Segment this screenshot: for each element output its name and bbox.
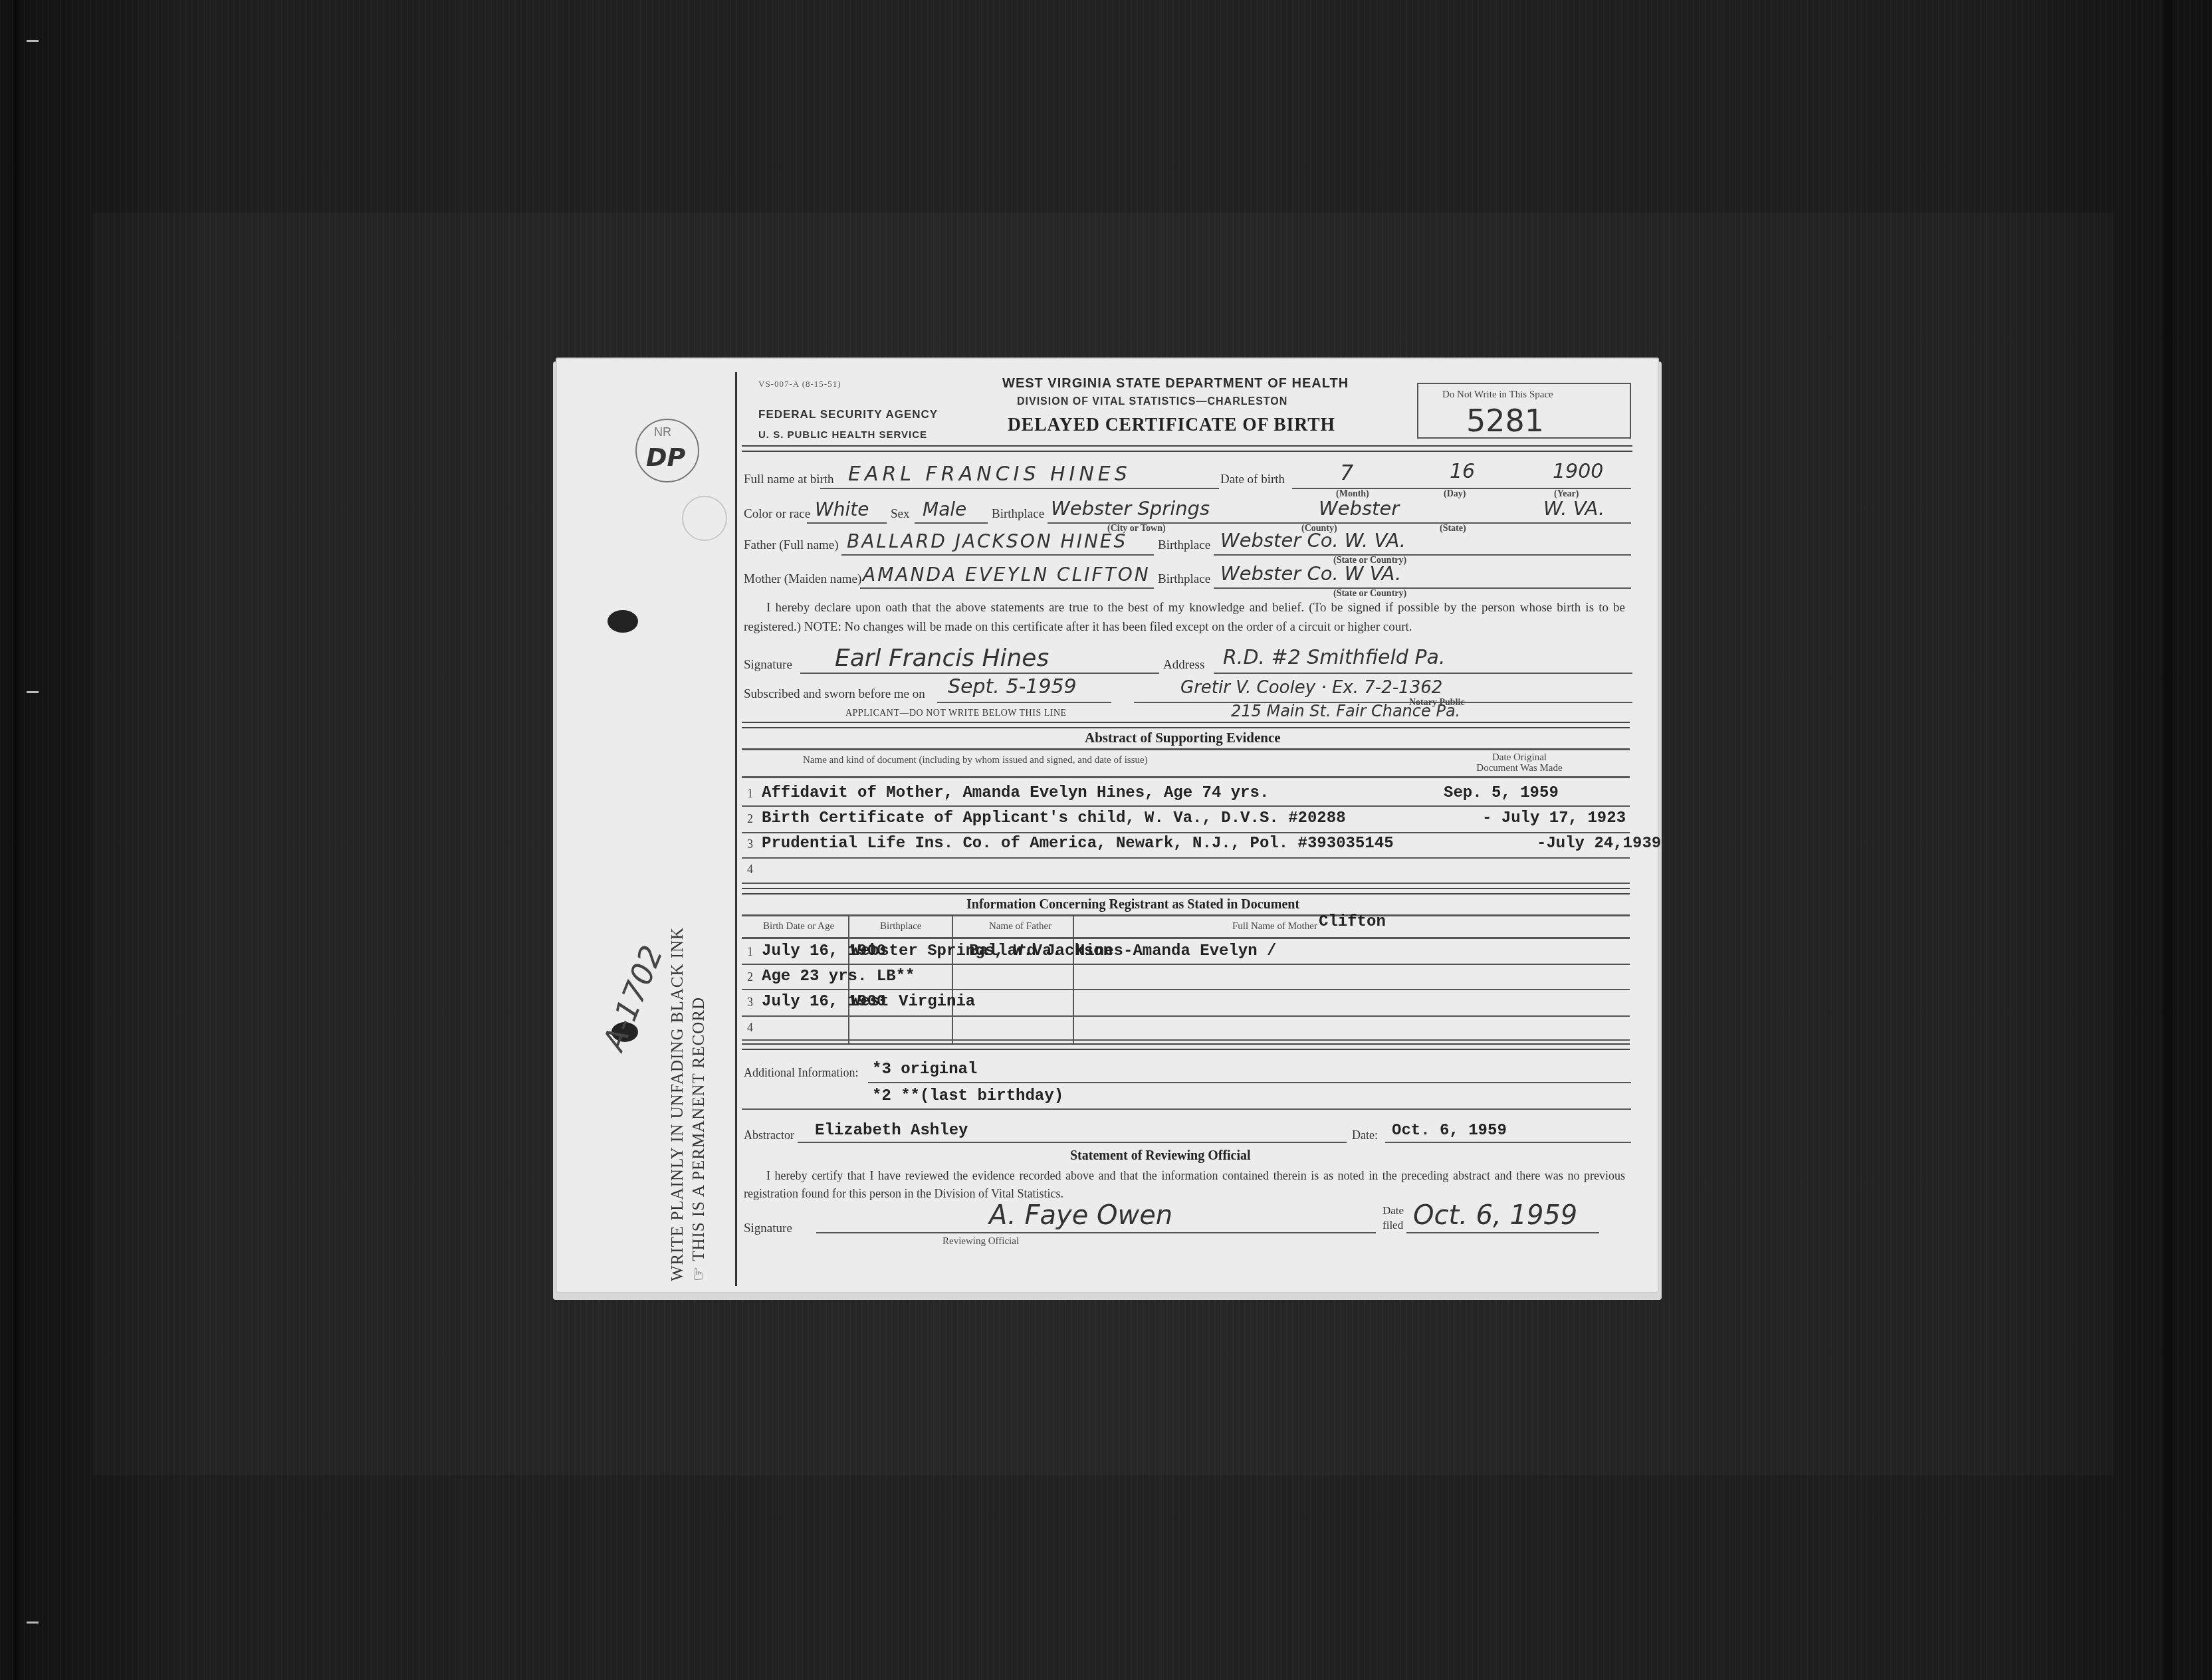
review-text: I hereby certify that I have reviewed th… (744, 1167, 1625, 1203)
applicant-warning: APPLICANT—DO NOT WRITE BELOW THIS LINE (845, 708, 1067, 719)
abstract-date: Oct. 6, 1959 (1392, 1122, 1507, 1140)
abstract-row-line (742, 857, 1630, 859)
certificate-page: NR DP A-1702 WRITE PLAINLY IN UNFADING B… (556, 358, 1659, 1293)
date-filed-label-1: Date (1382, 1204, 1404, 1217)
full-name-label: Full name at birth (744, 472, 834, 487)
abstract-col-document: Name and kind of document (including by … (803, 755, 1148, 766)
birthplace-county: Webster (1319, 497, 1399, 520)
agency-service: U. S. PUBLIC HEALTH SERVICE (758, 429, 927, 441)
additional-info-line1: *3 original (872, 1061, 977, 1079)
race-line (807, 522, 887, 524)
stamp-small-text: NR (654, 425, 671, 439)
review-signature-label: Signature (744, 1221, 792, 1236)
abstract-date-line (1385, 1142, 1631, 1143)
film-tick (27, 1622, 39, 1624)
reviewer-signature: A. Faye Owen (989, 1200, 1172, 1231)
review-title: Statement of Reviewing Official (1070, 1148, 1251, 1164)
oath-text: I hereby declare upon oath that the abov… (744, 598, 1625, 637)
dob-day: 16 (1450, 460, 1475, 483)
document-title: DELAYED CERTIFICATE OF BIRTH (1008, 413, 1335, 436)
sex-label: Sex (891, 507, 910, 522)
registrant-row-line (742, 964, 1630, 965)
registrant-row-birthplace: West Virginia (851, 993, 975, 1011)
abstract-row-number: 2 (747, 812, 753, 826)
registrant-row-birth: Age 23 yrs. LB** (762, 968, 915, 986)
day-caption: (Day) (1444, 489, 1466, 500)
abstract-header-line (742, 776, 1630, 778)
col-birthplace: Birthplace (880, 921, 921, 932)
registrant-row-line (742, 989, 1630, 990)
sex-line (915, 522, 988, 524)
abstract-row-line (742, 832, 1630, 833)
registrant-info-title: Information Concerning Registrant as Sta… (966, 897, 1299, 912)
sworn-label: Subscribed and sworn before me on (744, 687, 925, 702)
father-label: Father (Full name) (744, 538, 838, 553)
stamp-initials: DP (646, 443, 685, 472)
mother-name-value: AMANDA EVEYLN CLIFTON (863, 564, 1151, 585)
margin-rule (735, 372, 737, 1286)
abstract-row-document: Prudential Life Ins. Co. of America, New… (762, 835, 1394, 853)
mother-birthplace-value: Webster Co. W VA. (1220, 562, 1401, 585)
punch-hole-top (608, 610, 638, 633)
registrant-row-number: 4 (747, 1021, 753, 1035)
sworn-date: Sept. 5-1959 (948, 675, 1077, 698)
margin-instruction-line1: WRITE PLAINLY IN UNFADING BLACK INK (667, 927, 689, 1281)
abstract-date-label: Date: (1352, 1128, 1378, 1142)
sworn-date-line (937, 702, 1111, 703)
dob-month: 7 (1340, 460, 1353, 485)
additional-info-label: Additional Information: (744, 1066, 858, 1080)
mother-line (860, 587, 1154, 589)
registrant-row-line (742, 1015, 1630, 1017)
registrant-row-number: 3 (747, 996, 753, 1009)
abstract-row-number: 4 (747, 863, 753, 877)
abstract-row-document: Birth Certificate of Applicant's child, … (762, 809, 1346, 827)
additional-info-line-2 (742, 1108, 1631, 1110)
state-caption: (State) (1440, 524, 1466, 534)
abstract-col-date: Date Original Document Was Made (1473, 752, 1566, 774)
faint-stamp (682, 496, 727, 541)
reviewer-caption: Reviewing Official (942, 1236, 1019, 1247)
registrant-end-divider (742, 1043, 1630, 1050)
sex-value: Male (923, 498, 966, 520)
margin-instruction-line2: ☞ THIS IS A PERMANENT RECORD (689, 927, 710, 1281)
department-name: WEST VIRGINIA STATE DEPARTMENT OF HEALTH (1002, 376, 1349, 391)
birthplace-state: W. VA. (1543, 497, 1604, 520)
father-line (841, 554, 1154, 556)
race-value: White (815, 498, 869, 520)
col-mother: Full Name of Mother (1232, 921, 1317, 932)
birthplace-city: Webster Springs (1051, 497, 1210, 520)
mother-label: Mother (Maiden name) (744, 572, 861, 587)
abstractor-line (798, 1142, 1347, 1143)
abstract-row-number: 3 (747, 837, 753, 851)
margin-instruction: WRITE PLAINLY IN UNFADING BLACK INK ☞ TH… (667, 927, 710, 1281)
file-number: A-1702 (596, 940, 670, 1055)
mother-birthplace-label: Birthplace (1158, 572, 1210, 587)
col-father: Name of Father (989, 921, 1051, 932)
abstractor-label: Abstractor (744, 1128, 794, 1142)
office-use-label: Do Not Write in This Space (1442, 389, 1553, 401)
father-birthplace-value: Webster Co. W. VA. (1220, 529, 1406, 552)
notary-address: 215 Main St. Fair Chance Pa. (1231, 702, 1460, 720)
applicant-signature-label: Signature (744, 658, 792, 673)
abstractor-name: Elizabeth Ashley (815, 1122, 968, 1140)
registrant-row-number: 1 (747, 945, 753, 959)
registrant-row-line (742, 1039, 1630, 1041)
reviewer-stamp: NR DP (635, 419, 699, 482)
abstract-end-divider (742, 888, 1630, 894)
film-tick (27, 691, 39, 693)
dob-year: 1900 (1553, 460, 1603, 483)
date-filed-label-2: filed (1382, 1219, 1403, 1232)
col-divider (952, 914, 953, 1043)
mother-overflow: Clifton (1319, 913, 1386, 931)
registrant-row-number: 2 (747, 970, 753, 984)
birthplace-label: Birthplace (992, 507, 1044, 522)
mother-birthplace-line (1214, 587, 1631, 589)
division-name: DIVISION OF VITAL STATISTICS—CHARLESTON (1017, 396, 1287, 408)
certificate-number: 5281 (1466, 403, 1544, 439)
abstract-row-number: 1 (747, 787, 753, 801)
date-filed-line (1406, 1232, 1599, 1233)
header-divider (742, 445, 1632, 452)
film-edge-right (2163, 0, 2173, 1680)
address-label: Address (1163, 658, 1204, 673)
abstract-row-document: Affidavit of Mother, Amanda Evelyn Hines… (762, 784, 1269, 802)
address-value: R.D. #2 Smithfield Pa. (1223, 646, 1445, 669)
applicant-divider (742, 722, 1630, 728)
abstract-row-date: Sep. 5, 1959 (1444, 784, 1559, 802)
film-tick (27, 40, 39, 42)
additional-info-line (868, 1082, 1631, 1083)
abstract-row-line (742, 883, 1630, 884)
col-divider (1073, 914, 1074, 1043)
abstract-row-line (742, 805, 1630, 807)
review-signature-line (816, 1232, 1376, 1233)
film-edge-left (13, 0, 19, 1680)
registrant-info-divider (742, 914, 1630, 916)
father-birthplace-label: Birthplace (1158, 538, 1210, 553)
father-birthplace-line (1214, 554, 1631, 556)
notary-signature: Gretir V. Cooley · Ex. 7-2-1362 (1180, 678, 1442, 698)
col-birth-date: Birth Date or Age (763, 921, 834, 932)
abstract-title: Abstract of Supporting Evidence (1085, 730, 1281, 746)
registrant-header-line (742, 937, 1630, 939)
abstract-row-date: - July 17, 1923 (1482, 809, 1626, 827)
abstract-row-date: -July 24,1939 (1537, 835, 1661, 853)
address-line (1214, 673, 1632, 674)
dob-label: Date of birth (1220, 472, 1285, 487)
full-name-line (820, 488, 1219, 489)
full-name-value: EARL FRANCIS HINES (848, 463, 1131, 486)
date-filed-value: Oct. 6, 1959 (1413, 1200, 1577, 1231)
applicant-signature: Earl Francis Hines (835, 645, 1049, 672)
applicant-signature-line (800, 673, 1159, 674)
form-code: VS-007-A (8-15-51) (758, 379, 841, 389)
race-label: Color or race (744, 507, 810, 522)
father-name-value: BALLARD JACKSON HINES (847, 530, 1127, 552)
agency-name: FEDERAL SECURITY AGENCY (758, 408, 938, 421)
office-use-box: Do Not Write in This Space 5281 (1417, 383, 1631, 439)
abstract-divider (742, 748, 1630, 750)
registrant-row-mother: Hines-Amanda Evelyn / (1075, 942, 1276, 960)
additional-info-line2: *2 **(last birthday) (872, 1087, 1063, 1105)
